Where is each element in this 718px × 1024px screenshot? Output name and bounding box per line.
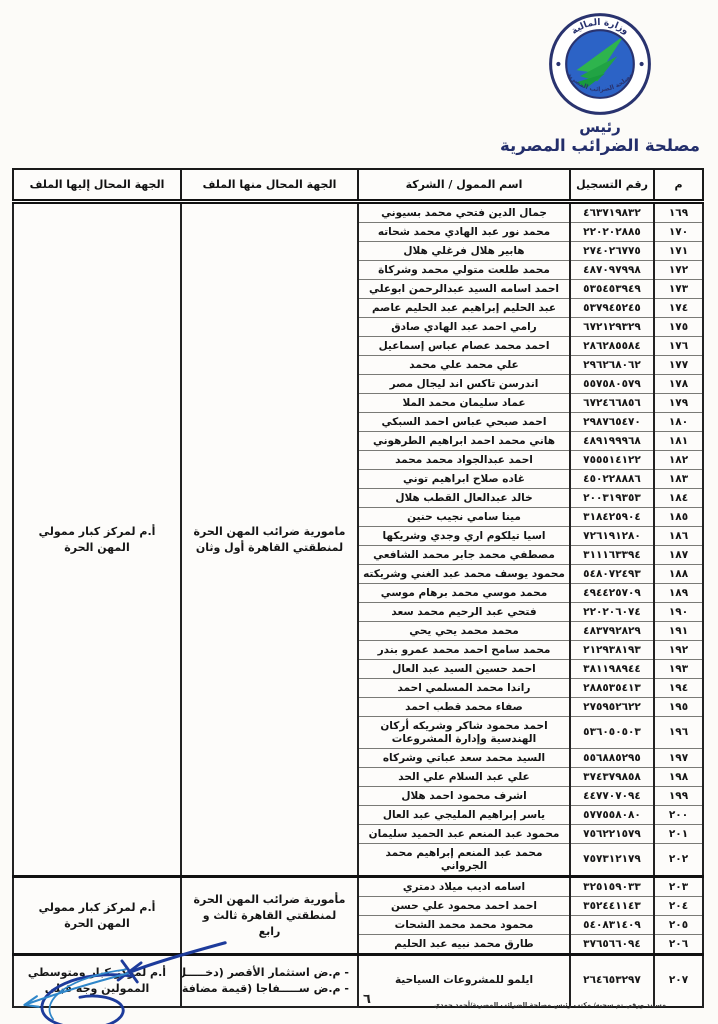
taxpayer-name-cell: رامي احمد عبد الهادي صادق: [358, 318, 570, 337]
serial-cell: ١٧٨: [654, 375, 703, 394]
registration-number-cell: ٣٨١١٩٨٩٤٤: [570, 660, 654, 679]
taxpayer-name-cell: احمد عبدالجواد محمد محمد: [358, 451, 570, 470]
taxpayer-name-cell: محمد عبد المنعم إبراهيم محمد الجرواني: [358, 844, 570, 877]
serial-cell: ١٧٢: [654, 261, 703, 280]
page-title: رئيس مصلحة الضرائب المصرية: [500, 119, 700, 156]
taxpayer-name-cell: غاده صلاح ابراهيم توني: [358, 470, 570, 489]
registration-number-cell: ٢١٢٩٣٨١٩٣: [570, 641, 654, 660]
taxpayer-name-cell: احمد اسامه السيد عبدالرحمن ابوعلي: [358, 280, 570, 299]
serial-cell: ٢٠٥: [654, 916, 703, 935]
serial-cell: ١٧٠: [654, 223, 703, 242]
serial-cell: ١٩٨: [654, 768, 703, 787]
serial-cell: ١٩٥: [654, 698, 703, 717]
serial-cell: ١٩٠: [654, 603, 703, 622]
registration-number-cell: ٥٣٧٩٤٥٢٤٥: [570, 299, 654, 318]
serial-cell: ١٧٩: [654, 394, 703, 413]
serial-cell: ٢٠١: [654, 825, 703, 844]
serial-cell: ٢٠٤: [654, 897, 703, 916]
taxpayer-name-cell: محمد طلعت متولي محمد وشركاة: [358, 261, 570, 280]
serial-cell: ١٨٢: [654, 451, 703, 470]
taxpayer-name-cell: محمد نور عبد الهادي محمد شحاته: [358, 223, 570, 242]
registration-number-cell: ٥٧٧٥٥٨٠٨٠: [570, 806, 654, 825]
serial-cell: ١٨٤: [654, 489, 703, 508]
registration-number-cell: ٥٥٦٨٨٥٢٩٥: [570, 749, 654, 768]
registration-number-cell: ٣١٨٤٢٥٩٠٤: [570, 508, 654, 527]
column-header-transferred-to: الجهة المحال إليها الملف: [13, 169, 181, 202]
taxpayer-name-cell: محمود محمد محمد الشحات: [358, 916, 570, 935]
taxpayer-name-cell: احمد محمد عصام عباس إسماعيل: [358, 337, 570, 356]
taxpayer-name-cell: عماد سليمان محمد الملا: [358, 394, 570, 413]
taxpayer-name-cell: صفاء محمد قطب احمد: [358, 698, 570, 717]
registration-number-cell: ٢٠٠٣١٩٣٥٣: [570, 489, 654, 508]
taxpayer-name-cell: محمود يوسف محمد عبد الغني وشريكته: [358, 565, 570, 584]
registration-number-cell: ٣١١١٦٣٣٩٤: [570, 546, 654, 565]
signature: [6, 938, 236, 1024]
registration-number-cell: ٧٢٦١٩١٢٨٠: [570, 527, 654, 546]
transferred-from-cell: مامورية ضرائب المهن الحرة لمنطقتي القاهر…: [181, 202, 358, 877]
registration-number-cell: ٧٥٦٢٢١٥٧٩: [570, 825, 654, 844]
registration-number-cell: ٢٧٤٠٢٦٧٧٥: [570, 242, 654, 261]
taxpayer-name-cell: محمود عبد المنعم عبد الحميد سليمان: [358, 825, 570, 844]
taxpayer-name-cell: احمد احمد محمود علي حسن: [358, 897, 570, 916]
taxpayer-name-cell: مصطفي محمد جابر محمد الشافعي: [358, 546, 570, 565]
table-header-row: م رقم التسجيل اسم الممول / الشركة الجهة …: [13, 169, 703, 202]
serial-cell: ١٨٥: [654, 508, 703, 527]
serial-cell: ١٩٣: [654, 660, 703, 679]
taxpayer-name-cell: عبد الحليم إبراهيم عبد الحليم عاصم: [358, 299, 570, 318]
registration-number-cell: ٢٩٨٧٦٥٤٧٠: [570, 413, 654, 432]
column-header-taxpayer-name: اسم الممول / الشركة: [358, 169, 570, 202]
registration-number-cell: ٦٧٢٤٦٦٨٥٦: [570, 394, 654, 413]
registration-number-cell: ٤٨٧٠٩٧٩٩٨: [570, 261, 654, 280]
serial-cell: ١٨٦: [654, 527, 703, 546]
serial-cell: ١٧٧: [654, 356, 703, 375]
registration-number-cell: ٣٧٤٣٧٩٨٥٨: [570, 768, 654, 787]
registration-number-cell: ٤٤٧٧٠٧٠٩٤: [570, 787, 654, 806]
footer-note: مستند ورقي تم سحبه/ مكتب رئيس مصلحة الضر…: [434, 1001, 704, 1009]
taxpayer-name-cell: اسيا تيلكوم اري وجدي وشريكها: [358, 527, 570, 546]
taxpayer-name-cell: جمال الدين فتحي محمد بسيوني: [358, 202, 570, 223]
serial-cell: ١٨٣: [654, 470, 703, 489]
serial-cell: ١٨٧: [654, 546, 703, 565]
serial-cell: ١٩٦: [654, 717, 703, 749]
taxpayer-name-cell: مينا سامي نجيب حنين: [358, 508, 570, 527]
serial-cell: ١٨٨: [654, 565, 703, 584]
serial-cell: ٢٠٦: [654, 935, 703, 955]
taxpayer-name-cell: هاني محمد احمد ابراهيم الطرهوني: [358, 432, 570, 451]
transferred-to-cell: أ.م لمركز كبار ممولي المهن الحرة: [13, 202, 181, 877]
registration-number-cell: ٣٧٦٥٦٦٠٩٤: [570, 935, 654, 955]
taxpayer-name-cell: علي محمد علي محمد: [358, 356, 570, 375]
serial-cell: ١٧٣: [654, 280, 703, 299]
taxpayer-name-cell: محمد محمد يحي يحي: [358, 622, 570, 641]
taxpayer-name-cell: اندرسن تاكس اند ليجال مصر: [358, 375, 570, 394]
serial-cell: ١٩٤: [654, 679, 703, 698]
document-page: وزارة المالية مصلحة الضرائب المصرية رئيس…: [0, 0, 718, 1024]
serial-cell: ١٨٠: [654, 413, 703, 432]
taxpayer-name-cell: ايلمو للمشروعات السياحية: [358, 955, 570, 1007]
serial-cell: ١٧٥: [654, 318, 703, 337]
registration-number-cell: ٢٨٦٢٨٥٥٨٤: [570, 337, 654, 356]
serial-cell: ٢٠٢: [654, 844, 703, 877]
registration-number-cell: ٤٥٠٢٢٨٨٨٦: [570, 470, 654, 489]
registration-number-cell: ٥٣٦٠٥٠٥٠٣: [570, 717, 654, 749]
registration-number-cell: ٥٣٥٤٥٣٩٤٩: [570, 280, 654, 299]
registration-number-cell: ٤٨٣٧٩٢٨٢٩: [570, 622, 654, 641]
taxpayer-name-cell: اسامه اديب ميلاد دمتري: [358, 877, 570, 897]
registration-number-cell: ٢٢٠٢٠٢٨٨٥: [570, 223, 654, 242]
registration-number-cell: ٤٨٩١٩٩٩٦٨: [570, 432, 654, 451]
registration-number-cell: ٣٥٢٤٤١١٤٣: [570, 897, 654, 916]
taxpayer-name-cell: ياسر إبراهيم المليجي عبد العال: [358, 806, 570, 825]
page-number: ٦: [352, 992, 382, 1007]
registration-number-cell: ٥٤٠٨٣١٤٠٩: [570, 916, 654, 935]
title-authority: مصلحة الضرائب المصرية: [500, 136, 700, 156]
table-row: ١٦٩٤٦٣٧١٩٨٣٢جمال الدين فتحي محمد بسيونيم…: [13, 202, 703, 223]
taxpayer-transfer-table: م رقم التسجيل اسم الممول / الشركة الجهة …: [12, 168, 704, 1008]
registration-number-cell: ٢٦٤٦٥٣٢٩٧: [570, 955, 654, 1007]
taxpayer-name-cell: احمد حسين السيد عبد العال: [358, 660, 570, 679]
taxpayer-name-cell: احمد محمود شاكر وشريكه أركان الهندسية وإ…: [358, 717, 570, 749]
taxpayer-name-cell: السيد محمد سعد عباتي وشركاه: [358, 749, 570, 768]
serial-cell: ١٩١: [654, 622, 703, 641]
document-header: وزارة المالية مصلحة الضرائب المصرية رئيس…: [478, 12, 718, 156]
registration-number-cell: ٧٥٧٣١٢١٧٩: [570, 844, 654, 877]
registration-number-cell: ٥٤٨٠٧٢٤٩٣: [570, 565, 654, 584]
serial-cell: ٢٠٧: [654, 955, 703, 1007]
taxpayer-name-cell: خالد عبدالعال القطب هلال: [358, 489, 570, 508]
serial-cell: ٢٠٠: [654, 806, 703, 825]
taxpayer-name-cell: فتحي عبد الرحيم محمد سعد: [358, 603, 570, 622]
registration-number-cell: ٢٨٨٥٣٥٤١٣: [570, 679, 654, 698]
column-header-transferred-from: الجهة المحال منها الملف: [181, 169, 358, 202]
registration-number-cell: ٤٦٣٧١٩٨٣٢: [570, 202, 654, 223]
registration-number-cell: ٧٥٥٥١٤١٢٢: [570, 451, 654, 470]
taxpayer-name-cell: راندا محمد المسلمي احمد: [358, 679, 570, 698]
serial-cell: ١٨٩: [654, 584, 703, 603]
registration-number-cell: ٣٢٥١٥٩٠٣٣: [570, 877, 654, 897]
ministry-of-finance-logo-icon: وزارة المالية مصلحة الضرائب المصرية: [548, 12, 652, 116]
table-row: ٢٠٣٣٢٥١٥٩٠٣٣اسامه اديب ميلاد دمتريمأموري…: [13, 877, 703, 897]
column-header-serial: م: [654, 169, 703, 202]
column-header-registration: رقم التسجيل: [570, 169, 654, 202]
taxpayer-name-cell: طارق محمد نبيه عبد الحليم: [358, 935, 570, 955]
registration-number-cell: ٤٩٤٤٢٥٧٠٩: [570, 584, 654, 603]
taxpayer-name-cell: اشرف محمود احمد هلال: [358, 787, 570, 806]
serial-cell: ١٧٦: [654, 337, 703, 356]
serial-cell: ١٩٢: [654, 641, 703, 660]
serial-cell: ١٩٩: [654, 787, 703, 806]
registration-number-cell: ٦٧٢١٢٩٣٢٩: [570, 318, 654, 337]
registration-number-cell: ٥٥٧٥٨٠٥٧٩: [570, 375, 654, 394]
taxpayer-name-cell: علي عبد السلام علي الحد: [358, 768, 570, 787]
registration-number-cell: ٢٩٦٢٦٨٠٦٢: [570, 356, 654, 375]
taxpayer-name-cell: هابير هلال فرغلي هلال: [358, 242, 570, 261]
registration-number-cell: ٢٢٠٢٠٦٠٧٤: [570, 603, 654, 622]
serial-cell: ٢٠٣: [654, 877, 703, 897]
taxpayer-name-cell: محمد موسي محمد برهام موسي: [358, 584, 570, 603]
serial-cell: ١٧١: [654, 242, 703, 261]
title-chief: رئيس: [500, 119, 700, 136]
serial-cell: ١٦٩: [654, 202, 703, 223]
serial-cell: ١٨١: [654, 432, 703, 451]
taxpayer-name-cell: محمد سامح احمد محمد عمرو بندر: [358, 641, 570, 660]
serial-cell: ١٩٧: [654, 749, 703, 768]
serial-cell: ١٧٤: [654, 299, 703, 318]
taxpayer-name-cell: احمد صبحي عباس احمد السبكي: [358, 413, 570, 432]
registration-number-cell: ٢٧٥٩٥٢٦٢٢: [570, 698, 654, 717]
